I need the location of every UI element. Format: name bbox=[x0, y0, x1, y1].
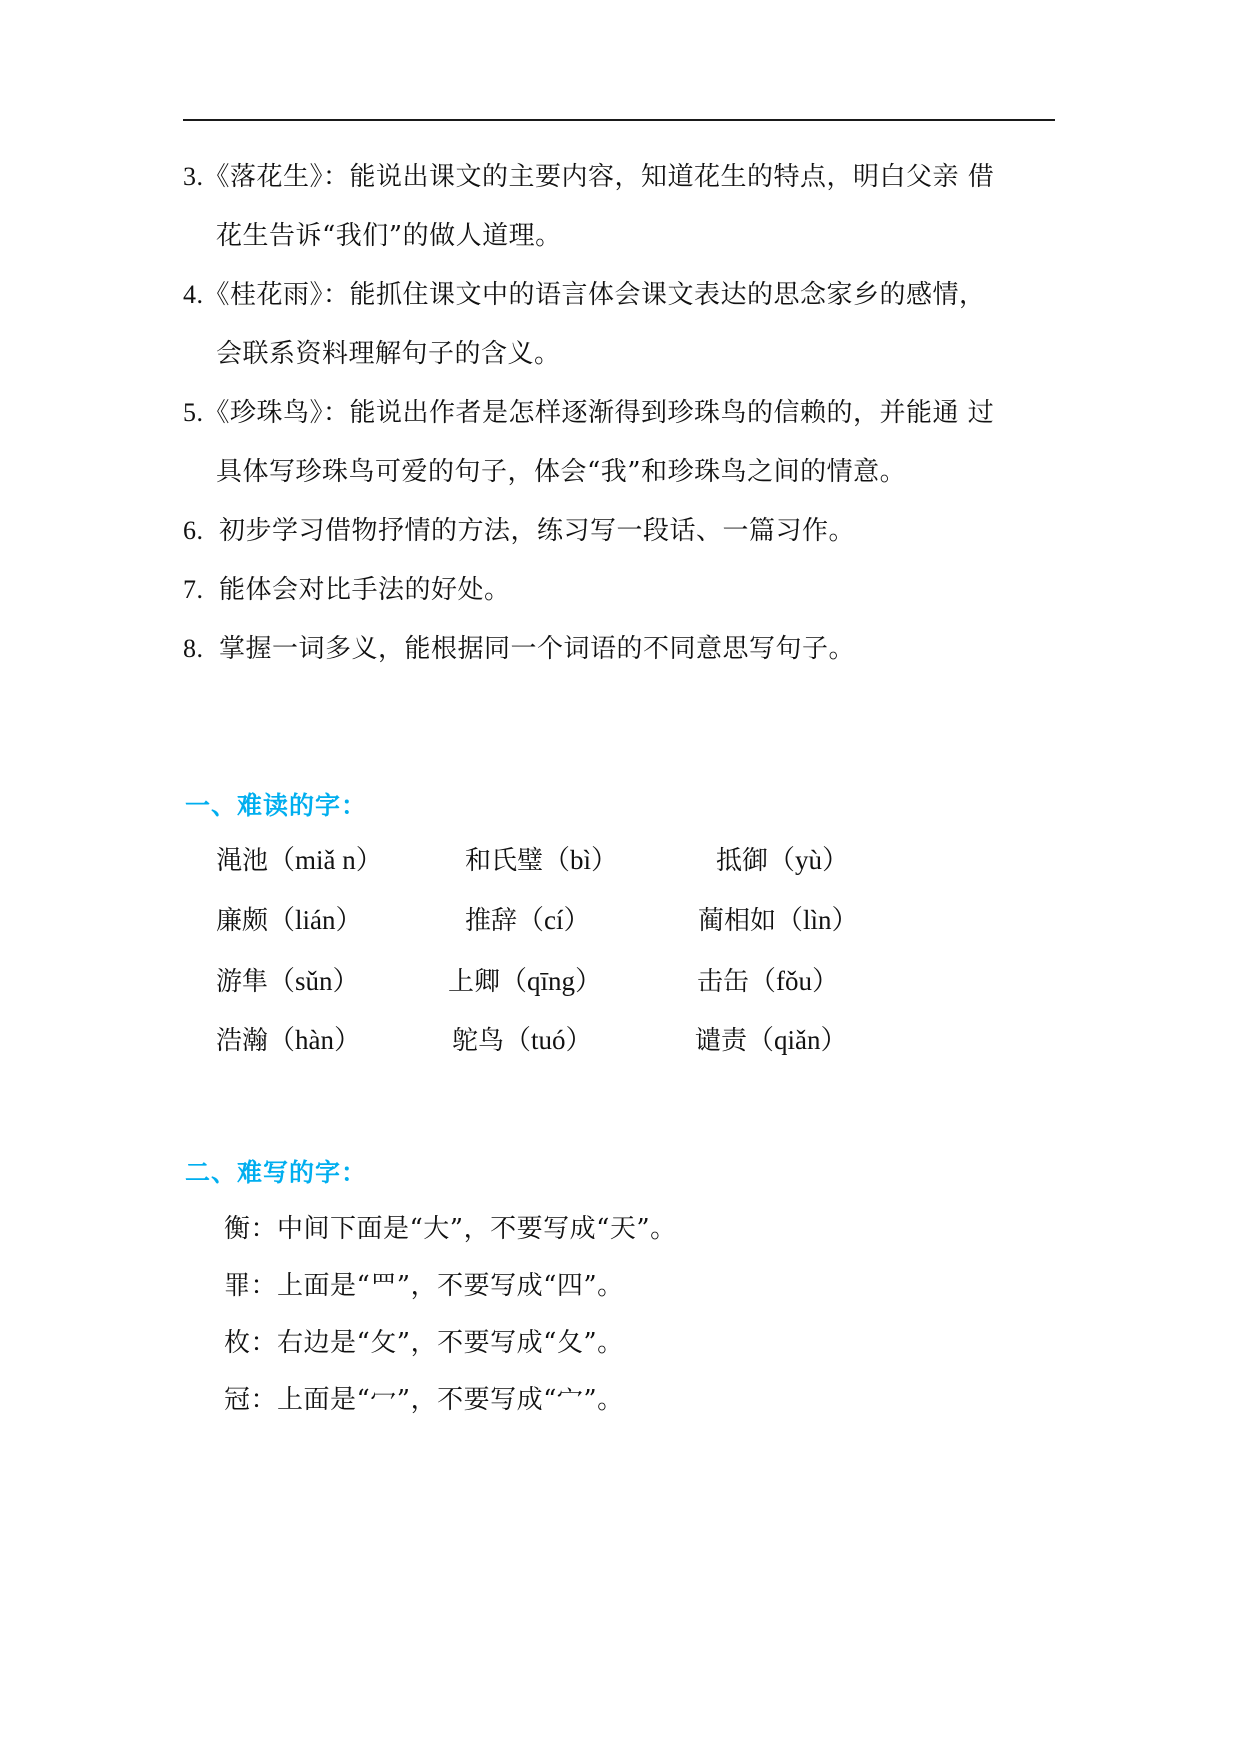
header-rule bbox=[183, 119, 1055, 121]
objective-item-4-line2: 会联系资料理解句子的含义。 bbox=[216, 338, 561, 370]
objective-number: 5. bbox=[183, 397, 204, 429]
reading-item: 鸵鸟（tuó） bbox=[452, 1024, 593, 1057]
reading-item: 渑池（miǎ n） bbox=[216, 844, 383, 877]
reading-pinyin: （bì） bbox=[543, 845, 618, 875]
objective-text: 掌握一词多义，能根据同一个词语的不同意思写句子。 bbox=[219, 634, 855, 664]
writing-char: 枚 bbox=[224, 1328, 251, 1358]
writing-note: ：上面是“冖”，不要写成“宀”。 bbox=[251, 1385, 624, 1415]
reading-item: 谴责（qiǎn） bbox=[695, 1024, 848, 1057]
objective-number: 6. bbox=[183, 515, 219, 547]
reading-pinyin: （qīng） bbox=[500, 966, 602, 996]
reading-item: 浩瀚（hàn） bbox=[216, 1024, 361, 1057]
reading-item: 上卿（qīng） bbox=[448, 965, 602, 998]
reading-word: 廉颇 bbox=[216, 906, 268, 936]
reading-word: 上卿 bbox=[448, 967, 500, 997]
objective-text: 能体会对比手法的好处。 bbox=[219, 575, 511, 605]
objective-number: 4. bbox=[183, 279, 204, 311]
objective-number: 3. bbox=[183, 161, 204, 193]
reading-word: 谴责 bbox=[695, 1026, 747, 1056]
reading-item: 廉颇（lián） bbox=[216, 904, 363, 937]
section-heading-hard-to-write: 二、难写的字： bbox=[185, 1157, 367, 1189]
reading-item: 游隼（sǔn） bbox=[216, 965, 360, 998]
objective-text: 《落花生》：能说出课文的主要内容，知道花生的特点，明白父亲 借 bbox=[204, 162, 995, 192]
reading-item: 蔺相如（lìn） bbox=[698, 904, 859, 937]
objective-item-5-line2: 具体写珍珠鸟可爱的句子，体会“我”和珍珠鸟之间的情意。 bbox=[216, 456, 906, 488]
writing-note: ：中间下面是“大”，不要写成“天”。 bbox=[251, 1214, 677, 1244]
writing-item: 罪：上面是“罒”，不要写成“四”。 bbox=[224, 1270, 624, 1302]
reading-pinyin: （yù） bbox=[768, 845, 849, 875]
section-heading-hard-to-read: 一、难读的字： bbox=[185, 790, 367, 822]
objective-number: 7. bbox=[183, 574, 219, 606]
objective-item-4-line1: 4.《桂花雨》：能抓住课文中的语言体会课文表达的思念家乡的感情， bbox=[183, 279, 986, 311]
reading-word: 抵御 bbox=[716, 846, 768, 876]
reading-pinyin: （miǎ n） bbox=[268, 845, 383, 875]
reading-word: 浩瀚 bbox=[216, 1026, 268, 1056]
reading-pinyin: （lián） bbox=[268, 905, 363, 935]
reading-pinyin: （fǒu） bbox=[749, 966, 839, 996]
objective-text: 初步学习借物抒情的方法，练习写一段话、一篇习作。 bbox=[219, 516, 855, 546]
reading-item: 推辞（cí） bbox=[465, 904, 591, 937]
reading-pinyin: （lìn） bbox=[776, 905, 859, 935]
objective-item-6: 6.初步学习借物抒情的方法，练习写一段话、一篇习作。 bbox=[183, 515, 855, 547]
objective-item-5-line1: 5.《珍珠鸟》：能说出作者是怎样逐渐得到珍珠鸟的信赖的，并能通 过 bbox=[183, 397, 994, 429]
reading-pinyin: （hàn） bbox=[268, 1025, 361, 1055]
reading-pinyin: （qiǎn） bbox=[747, 1025, 848, 1055]
reading-word: 渑池 bbox=[216, 846, 268, 876]
writing-item: 枚：右边是“攵”，不要写成“夂”。 bbox=[224, 1327, 624, 1359]
reading-item: 抵御（yù） bbox=[716, 844, 849, 877]
objective-text: 《桂花雨》：能抓住课文中的语言体会课文表达的思念家乡的感情， bbox=[204, 280, 986, 310]
objective-item-3-line2: 花生告诉“我们”的做人道理。 bbox=[216, 220, 562, 252]
reading-pinyin: （cí） bbox=[517, 905, 591, 935]
reading-item: 击缶（fǒu） bbox=[697, 965, 839, 998]
objective-item-7: 7.能体会对比手法的好处。 bbox=[183, 574, 511, 606]
reading-word: 鸵鸟 bbox=[452, 1026, 504, 1056]
reading-word: 和氏璧 bbox=[465, 846, 543, 876]
writing-note: ：右边是“攵”，不要写成“夂”。 bbox=[251, 1328, 624, 1358]
writing-note: ：上面是“罒”，不要写成“四”。 bbox=[251, 1271, 624, 1301]
writing-char: 冠 bbox=[224, 1385, 251, 1415]
objective-item-3-line1: 3.《落花生》：能说出课文的主要内容，知道花生的特点，明白父亲 借 bbox=[183, 161, 994, 193]
objective-item-8: 8.掌握一词多义，能根据同一个词语的不同意思写句子。 bbox=[183, 633, 855, 665]
objective-number: 8. bbox=[183, 633, 219, 665]
writing-item: 冠：上面是“冖”，不要写成“宀”。 bbox=[224, 1384, 624, 1416]
objective-text: 《珍珠鸟》：能说出作者是怎样逐渐得到珍珠鸟的信赖的，并能通 过 bbox=[204, 398, 995, 428]
reading-item: 和氏璧（bì） bbox=[465, 844, 618, 877]
writing-item: 衡：中间下面是“大”，不要写成“天”。 bbox=[224, 1213, 677, 1245]
reading-pinyin: （sǔn） bbox=[268, 966, 360, 996]
writing-char: 罪 bbox=[224, 1271, 251, 1301]
reading-pinyin: （tuó） bbox=[504, 1025, 593, 1055]
reading-word: 击缶 bbox=[697, 967, 749, 997]
reading-word: 蔺相如 bbox=[698, 906, 776, 936]
reading-word: 推辞 bbox=[465, 906, 517, 936]
writing-char: 衡 bbox=[224, 1214, 251, 1244]
reading-word: 游隼 bbox=[216, 967, 268, 997]
